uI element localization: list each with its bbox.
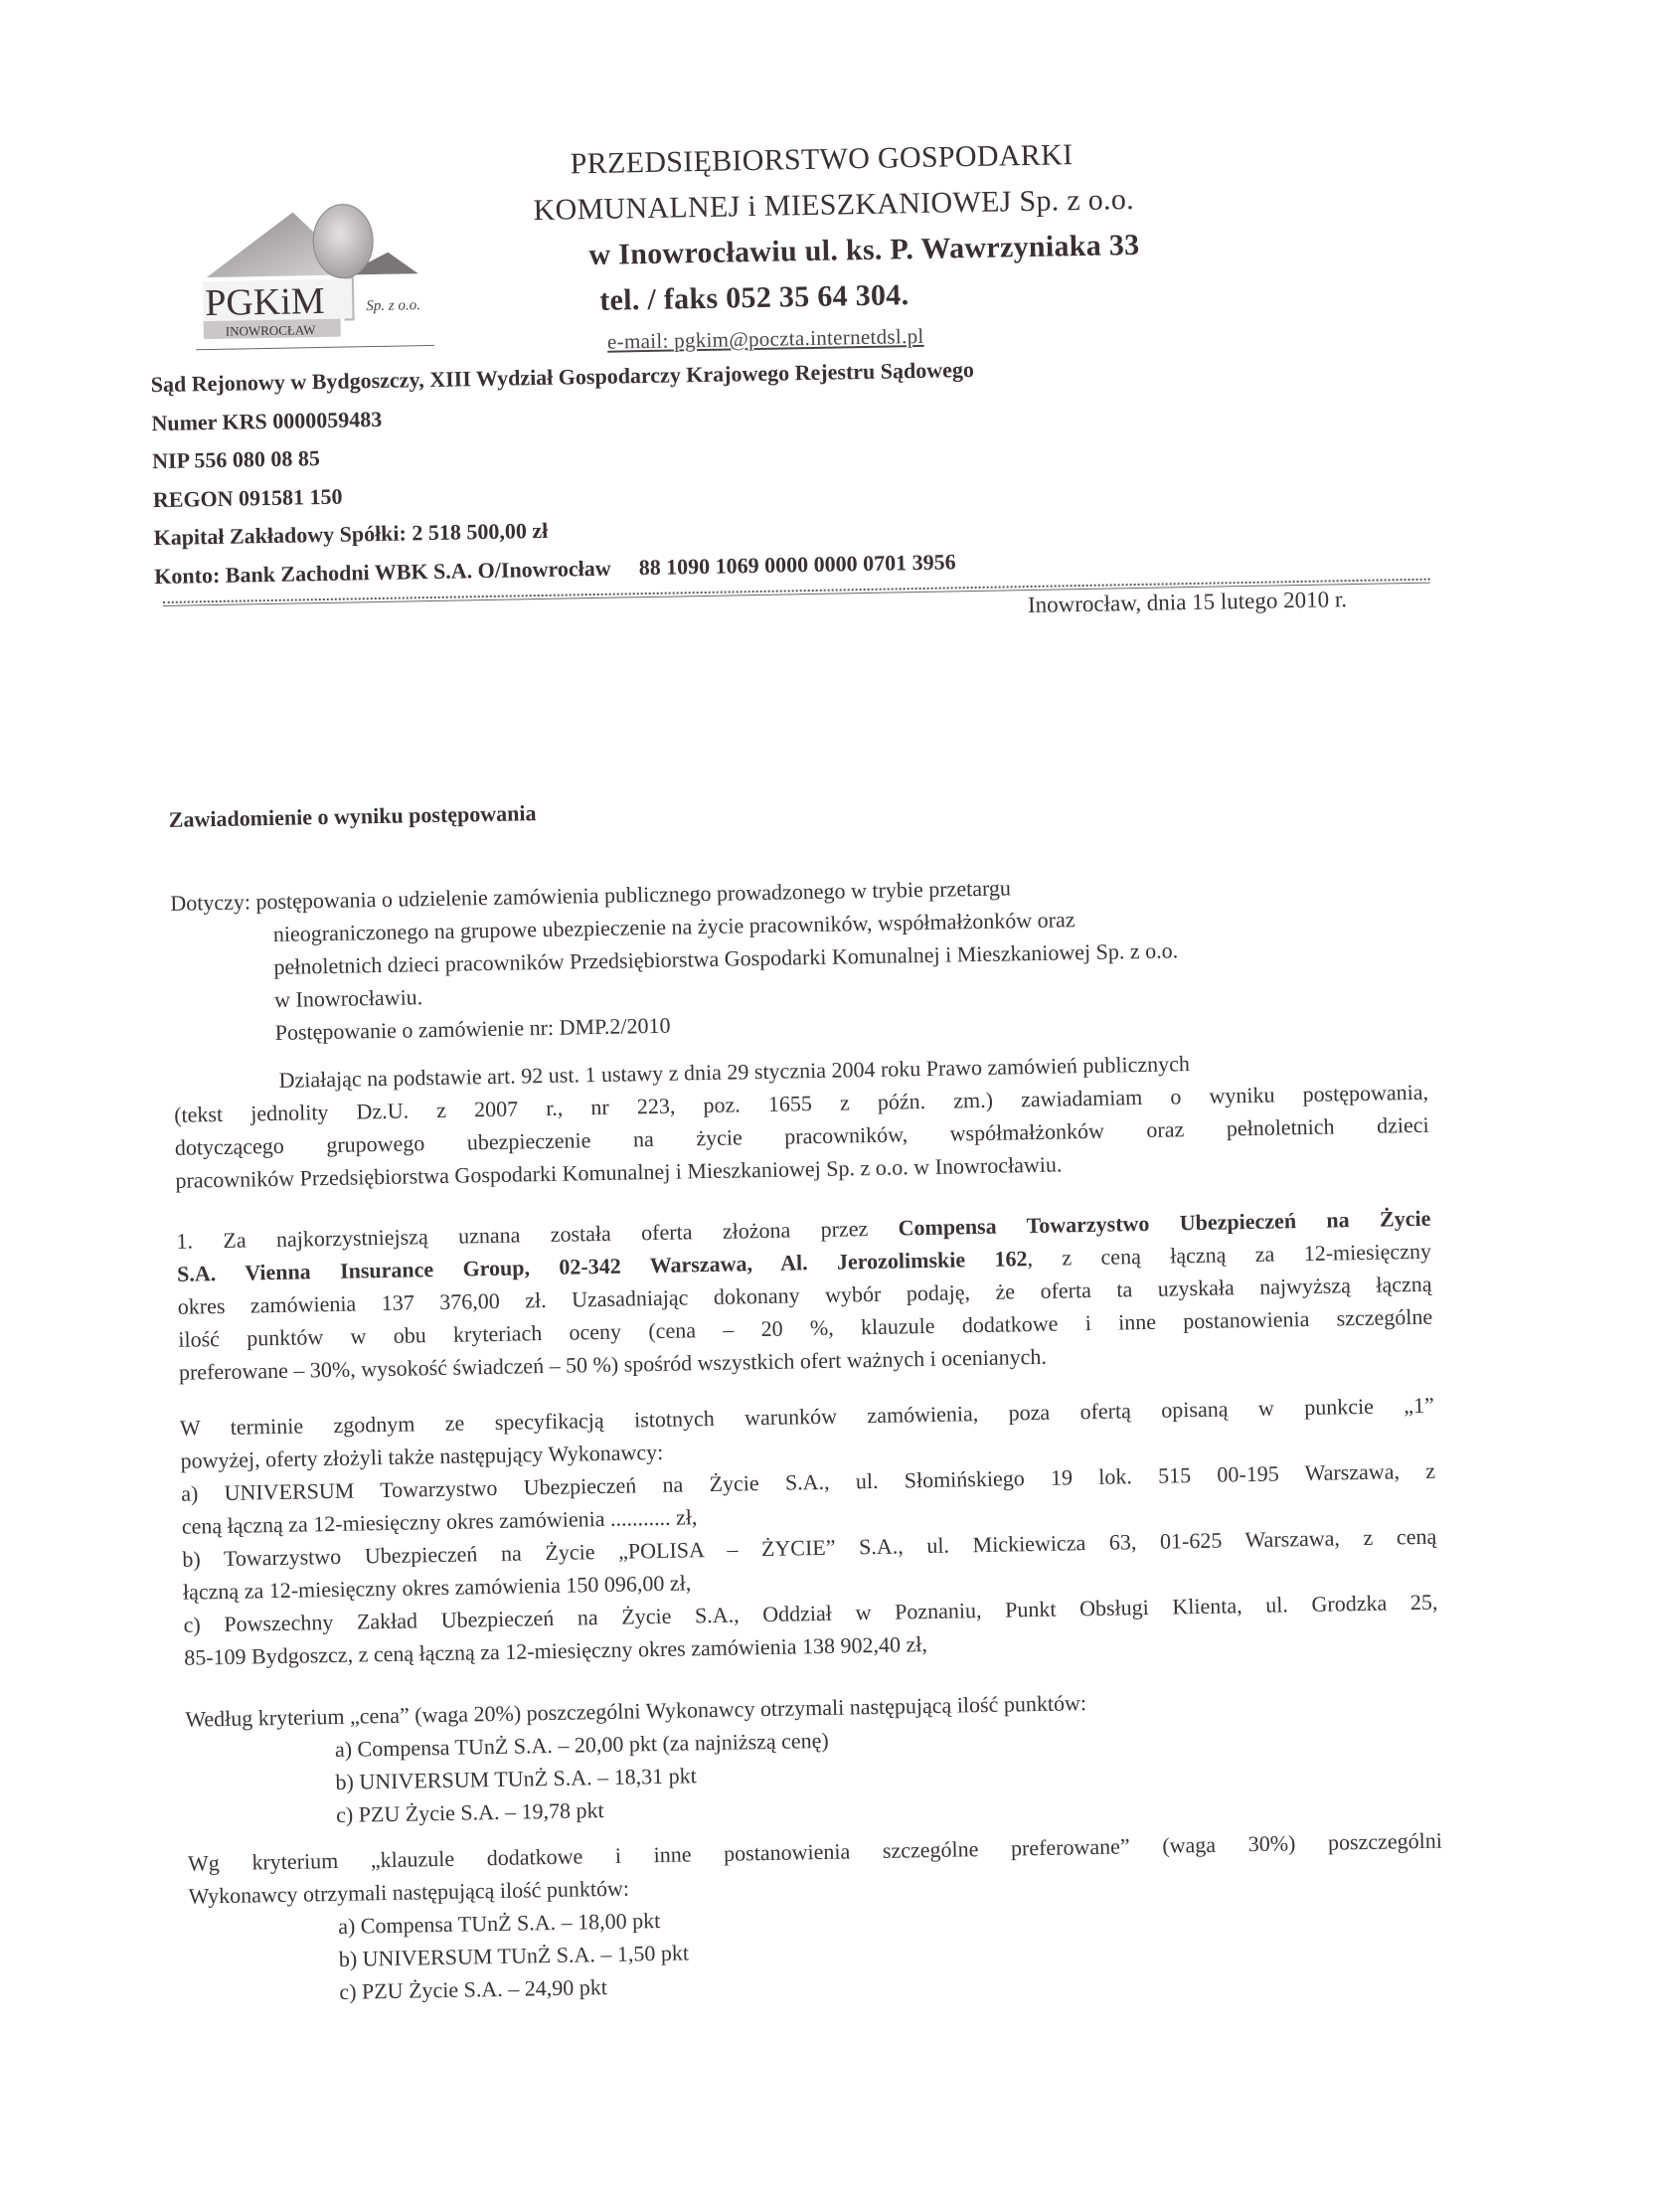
winner-paragraph: 1. Za najkorzystniejszą uznana została o… [176, 1202, 1433, 1389]
company-header: PRZEDSIĘBIORSTWO GOSPODARKI KOMUNALNEJ i… [532, 131, 1141, 361]
winner-text: , z ceną łączną za 12-miesięczny [1027, 1239, 1431, 1271]
subject-label: Dotyczy: [170, 889, 250, 915]
svg-text:Sp. z o.o.: Sp. z o.o. [366, 297, 420, 314]
clauses-criterion-block: Wg kryterium „klauzule dodatkowe i inne … [188, 1824, 1445, 2011]
other-bidders-paragraph: W terminie zgodnym ze specyfikacją istot… [180, 1389, 1439, 1674]
bank-account-label: Konto: Bank Zachodni WBK S.A. O/Inowrocł… [154, 555, 611, 588]
price-criterion-block: Według kryterium „cena” (waga 20%) poszc… [185, 1680, 1441, 1834]
mountain-and-tree-logo-icon: PGKiM INOWROCŁAW Sp. z o.o. [193, 192, 444, 366]
svg-text:PGKiM: PGKiM [205, 280, 325, 324]
letter-date: Inowrocław, dnia 15 lutego 2010 r. [1028, 587, 1348, 618]
subject-block: Dotyczy: postępowania o udzielenie zamów… [170, 864, 1406, 1051]
intro-paragraph: Działając na podstawie art. 92 ust. 1 us… [173, 1043, 1429, 1197]
bank-account-number: 88 1090 1069 0000 0000 0701 3956 [638, 549, 955, 580]
registry-info: Sąd Rejonowy w Bydgoszczy, XIII Wydział … [150, 351, 977, 596]
letter-page: PGKiM INOWROCŁAW Sp. z o.o. PRZEDSIĘBIOR… [0, 0, 1654, 2212]
company-logo: PGKiM INOWROCŁAW Sp. z o.o. [193, 192, 444, 366]
document-title: Zawiadomienie o wyniku postępowania [169, 800, 537, 833]
svg-text:INOWROCŁAW: INOWROCŁAW [226, 322, 317, 339]
